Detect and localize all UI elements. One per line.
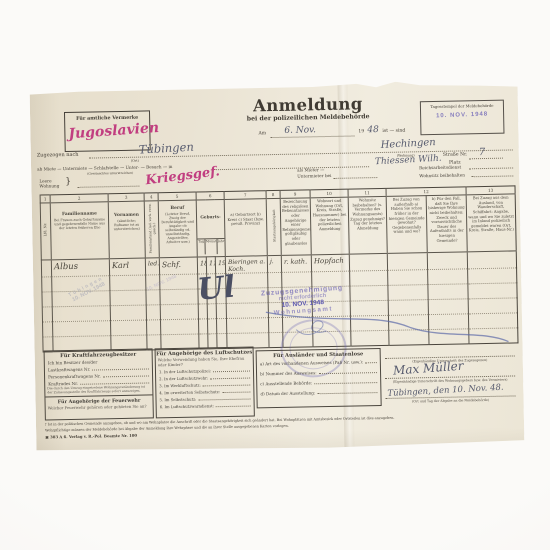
ls-item-5: 5. Im Selbstschutz: — [159, 397, 196, 403]
ls-item-1: 1. In der Luftschutzpolizei: — [159, 369, 211, 375]
vehicle-item-truck: Lastkraftwagens Nr. — [48, 367, 90, 373]
foreigners-box: Für Ausländer und Staatenlose a) Art des… — [256, 348, 382, 408]
air-protection-box: Für Angehörige des Luftschutzes Welche V… — [155, 346, 255, 418]
foreigners-item-c: c) Ausstellende Behörde: — [260, 380, 312, 386]
vehicle-item-car: Personenkraftwagens Nr. — [48, 373, 101, 379]
foreigners-item-b: b) Nummer des Ausweises: — [260, 370, 317, 376]
ls-item-2: 2. In der Luftschutzwehr: — [159, 376, 208, 382]
vehicle-intro: Ich bin Besitzer des/der — [48, 359, 98, 365]
foreigners-item-a: a) Art des vorhandenen Ausweises (Paß Nr… — [260, 359, 363, 366]
vehicle-owner-box: Für Kraftfahrzeugbesitzer Ich bin Besitz… — [44, 348, 154, 420]
photo-background: Für amtliche Vermerke Jugoslavien Anmeld… — [0, 0, 550, 550]
fire-brigade-question: Welcher Feuerwehr gehören oder gehörten … — [46, 403, 153, 412]
ls-item-3: 3. Im Werkluftschutz: — [159, 383, 201, 389]
ls-item-6: 6. Im Luftschutzwarndienst: — [160, 404, 214, 410]
foreigners-item-d: d) Datum der Ausstellung: — [260, 390, 315, 396]
registration-form-paper: Für amtliche Vermerke Jugoslavien Anmeld… — [30, 79, 525, 454]
